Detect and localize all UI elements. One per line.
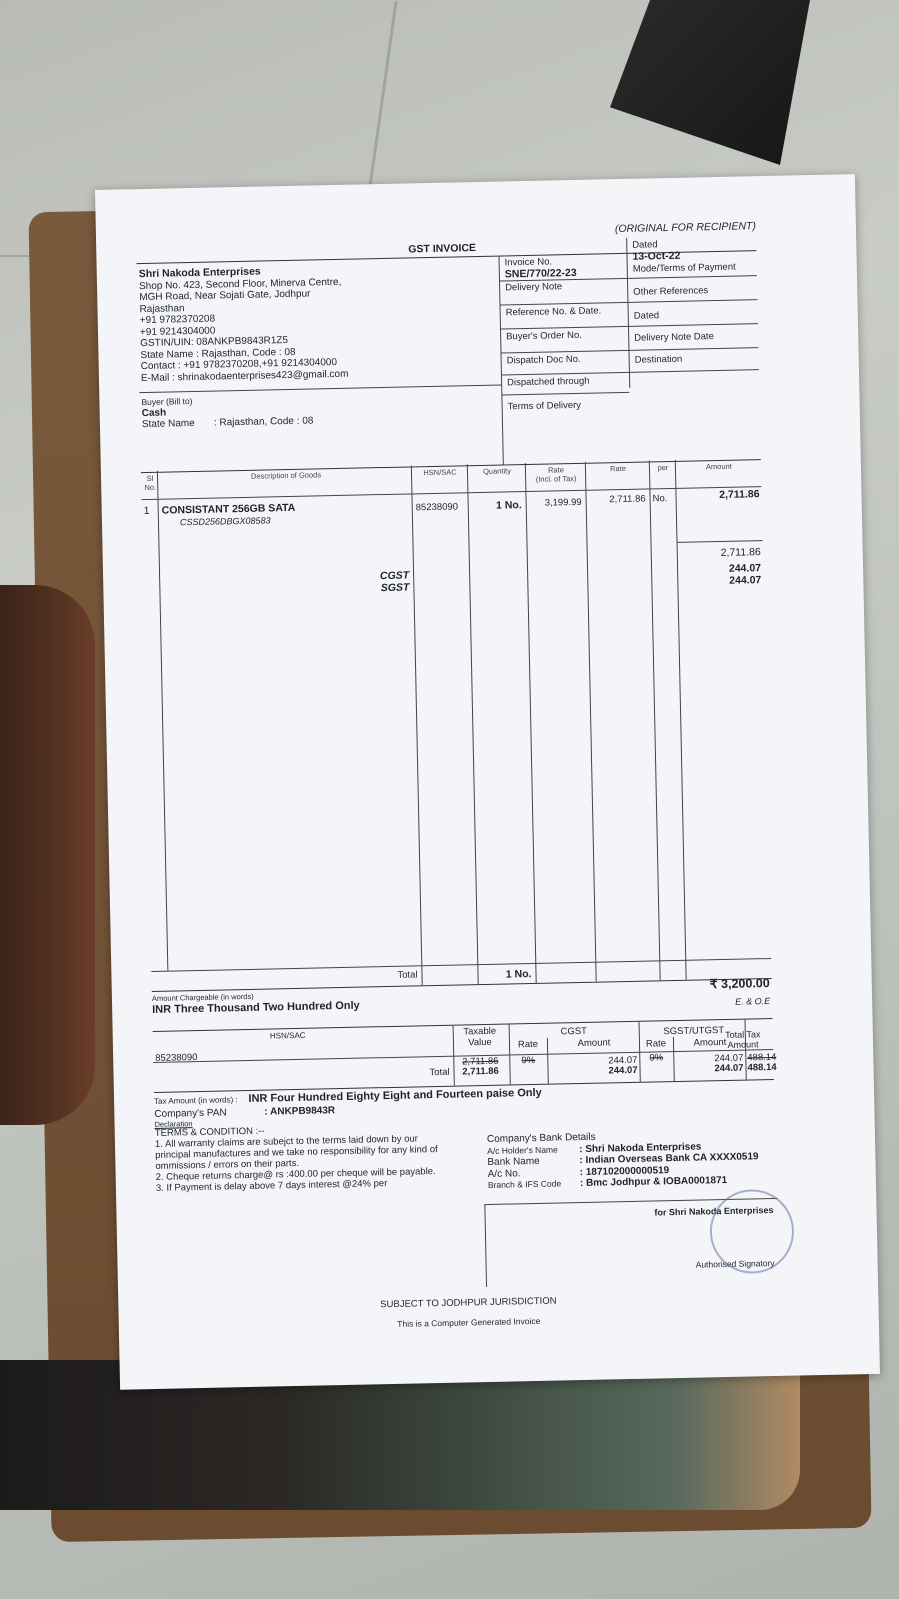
buyer-state: : Rajasthan, Code : 08 bbox=[214, 416, 314, 429]
tax-col-cgst-rate: Rate bbox=[509, 1040, 547, 1052]
ifsc-label: Branch & IFS Code bbox=[488, 1179, 580, 1191]
floor-tile-seam bbox=[365, 1, 397, 209]
item-hsn: 85238090 bbox=[416, 502, 459, 514]
item-sl: 1 bbox=[144, 505, 150, 517]
destination-label: Destination bbox=[635, 355, 683, 367]
divider bbox=[467, 464, 479, 984]
total-quantity: 1 No. bbox=[479, 968, 531, 981]
divider bbox=[151, 958, 771, 972]
col-amount: Amount bbox=[677, 462, 761, 472]
divider bbox=[525, 463, 537, 983]
jurisdiction: SUBJECT TO JODHPUR JURISDICTION bbox=[158, 1292, 778, 1316]
gst-invoice: (ORIGINAL FOR RECIPIENT) GST INVOICE Shr… bbox=[136, 234, 756, 247]
tax-col-sgst-rate: Rate bbox=[639, 1039, 673, 1051]
divider bbox=[676, 540, 762, 543]
tax-col-total: Total Tax Amount bbox=[713, 1029, 773, 1051]
dispatched-through-label: Dispatched through bbox=[507, 377, 590, 390]
col-hsn: HSN/SAC bbox=[413, 468, 467, 478]
tax-total-taxable: 2,711.86 bbox=[453, 1067, 507, 1079]
invoice-meta-grid: Invoice No. SNE/770/22-23 Dated 13-Oct-2… bbox=[498, 251, 756, 256]
item-amount: 2,711.86 bbox=[677, 488, 759, 502]
tax-total-sgst: 244.07 bbox=[675, 1064, 743, 1076]
sgst-label: SGST bbox=[343, 582, 409, 595]
item-serial: CSSD256DBGX08583 bbox=[180, 515, 271, 527]
invoice-date: 13-Oct-22 bbox=[632, 250, 680, 263]
tax-summary-table: HSN/SAC Taxable Value CGST Rate Amount S… bbox=[153, 1018, 774, 1093]
tax-row-cgst-rate: 9% bbox=[509, 1056, 547, 1068]
buyer-state-label: State Name bbox=[142, 418, 214, 431]
pan-value: : ANKPB9843R bbox=[264, 1105, 335, 1117]
col-rate-incl: Rate(Incl. of Tax) bbox=[527, 466, 585, 484]
col-quantity: Quantity bbox=[469, 467, 525, 477]
col-per: per bbox=[651, 464, 675, 473]
divider bbox=[675, 460, 687, 980]
tax-col-cgst-amount: Amount bbox=[549, 1038, 639, 1051]
tax-row-hsn: 85238090 bbox=[155, 1053, 205, 1065]
bank-details: Company's Bank Details A/c Holder's Name… bbox=[487, 1128, 778, 1192]
rate-incl-sub: (Incl. of Tax) bbox=[536, 474, 577, 484]
invoice-paper: (ORIGINAL FOR RECIPIENT) GST INVOICE Shr… bbox=[95, 174, 880, 1390]
dispatch-doc-label: Dispatch Doc No. bbox=[507, 355, 581, 367]
tax-words-label: Tax Amount (in words) : bbox=[154, 1095, 238, 1106]
tax-total-label: Total bbox=[393, 1068, 449, 1080]
sgst-amount: 244.07 bbox=[679, 574, 761, 588]
item-rate-incl: 3,199.99 bbox=[528, 498, 582, 510]
delivery-note-label: Delivery Note bbox=[505, 282, 562, 294]
item-per: No. bbox=[652, 494, 667, 505]
mode-terms-label: Mode/Terms of Payment bbox=[633, 263, 736, 276]
item-description: CONSISTANT 256GB SATA bbox=[162, 502, 296, 517]
tax-col-hsn: HSN/SAC bbox=[213, 1030, 363, 1042]
tax-total-cgst: 244.07 bbox=[549, 1066, 637, 1079]
divider bbox=[411, 465, 423, 985]
grand-total: ₹ 3,200.00 bbox=[710, 976, 770, 992]
signature-box: for Shri Nakoda Enterprises Authorised S… bbox=[484, 1198, 779, 1287]
computer-generated-note: This is a Computer Generated Invoice bbox=[159, 1312, 779, 1335]
seller-block: Shri Nakoda Enterprises Shop No. 423, Se… bbox=[139, 261, 501, 385]
terms-of-delivery-label: Terms of Delivery bbox=[508, 401, 582, 413]
col-sl: Sl No. bbox=[143, 475, 157, 493]
holding-hand bbox=[0, 585, 95, 1125]
divider bbox=[585, 462, 597, 982]
background-book bbox=[610, 0, 810, 165]
subtotal: 2,711.86 bbox=[679, 546, 761, 560]
company-stamp bbox=[709, 1189, 795, 1275]
divider bbox=[139, 385, 501, 394]
buyer-block: Buyer (Bill to) Cash State Name: Rajasth… bbox=[141, 394, 313, 430]
eoe: E. & O.E bbox=[735, 996, 770, 1007]
divider bbox=[501, 392, 629, 396]
divider bbox=[141, 486, 761, 500]
buyers-order-label: Buyer's Order No. bbox=[506, 331, 582, 344]
tax-col-taxable: Taxable Value bbox=[453, 1027, 507, 1050]
invoice-header: Shri Nakoda Enterprises Shop No. 423, Se… bbox=[137, 250, 761, 473]
divider bbox=[157, 471, 168, 971]
tax-total-amount: 488.14 bbox=[747, 1063, 771, 1074]
divider bbox=[649, 460, 661, 980]
tax-row-sgst-rate: 9% bbox=[639, 1053, 673, 1065]
terms-block: TERMS & CONDITION :-- 1. All warranty cl… bbox=[155, 1123, 456, 1195]
pan-label: Company's PAN bbox=[154, 1107, 264, 1121]
divider bbox=[626, 238, 630, 388]
total-label: Total bbox=[351, 970, 417, 982]
col-rate: Rate bbox=[587, 464, 649, 474]
ifsc-value: : Bmc Jodhpur & IOBA0001871 bbox=[580, 1175, 727, 1189]
items-table: Sl No. Description of Goods HSN/SAC Quan… bbox=[141, 458, 772, 992]
invoice-title: GST INVOICE bbox=[408, 242, 476, 255]
delivery-note-date-label: Delivery Note Date bbox=[634, 332, 714, 345]
reference-label: Reference No. & Date. bbox=[506, 306, 602, 319]
other-references-label: Other References bbox=[633, 286, 708, 298]
item-rate: 2,711.86 bbox=[588, 495, 646, 507]
col-description: Description of Goods bbox=[161, 469, 411, 483]
copy-label: (ORIGINAL FOR RECIPIENT) bbox=[615, 220, 756, 235]
dated2-label: Dated bbox=[634, 311, 660, 322]
item-quantity: 1 No. bbox=[470, 499, 522, 512]
